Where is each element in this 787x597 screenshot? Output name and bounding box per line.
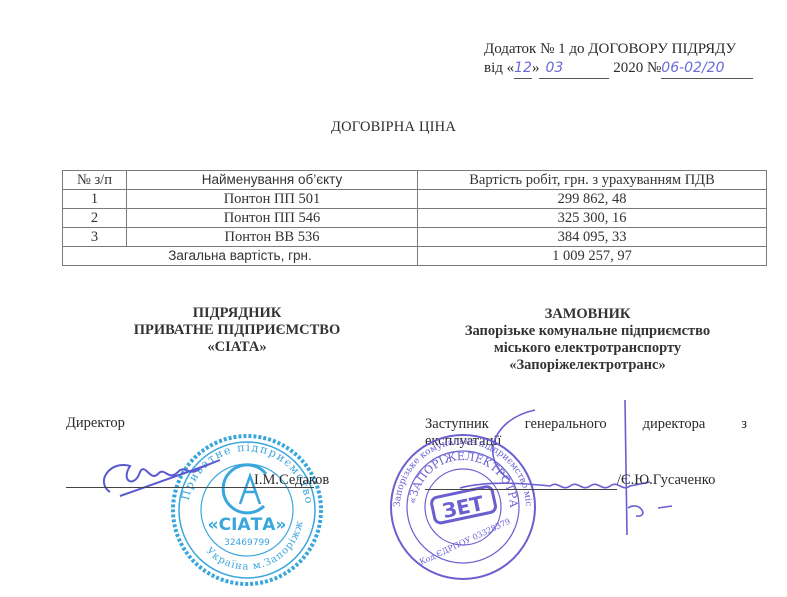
contractor-signature-icon [90,452,230,500]
date-day: 12 [514,59,532,79]
row-cost: 325 300, 16 [418,209,767,228]
table-row: 1 Понтон ПП 501 299 862, 48 [63,190,767,209]
date-prefix: від « [484,60,514,76]
row-name: Понтон ПП 501 [127,190,418,209]
row-name: Понтон ПП 546 [127,209,418,228]
date-year: 2020 № [613,60,661,76]
contractor-signatory: І.М.Седаков [254,472,329,489]
svg-text:«СІАТА»: «СІАТА» [208,515,287,535]
svg-text:Україна м.Запоріжжя: Україна м.Запоріжжя [168,432,306,573]
row-cost: 384 095, 33 [418,228,767,247]
customer-role: ЗАМОВНИК [420,306,755,323]
customer-position-line2: експлуатації [425,433,501,450]
svg-text:Код ЄДРПОУ 03328379: Код ЄДРПОУ 03328379 [418,517,512,567]
table-total-row: Загальна вартість, грн. 1 009 257, 97 [63,247,767,266]
row-no: 2 [63,209,127,228]
contractor-position: Директор [66,415,125,432]
row-name: Понтон ВВ 536 [127,228,418,247]
customer-signatory: /Є.Ю.Гусаченко [617,472,715,489]
contractor-block: ПІДРЯДНИК ПРИВАТНЕ ПІДПРИЄМСТВО «СІАТА» [92,305,382,356]
contractor-org-name: «СІАТА» [92,339,382,356]
table-header-row: № з/п Найменування об’єкту Вартість робі… [63,171,767,190]
header-name: Найменування об’єкту [127,171,418,190]
contractor-role: ПІДРЯДНИК [92,305,382,322]
row-no: 3 [63,228,127,247]
contractor-stamp-icon: Приватне підприємство Україна м.Запоріжж… [168,432,326,588]
customer-stamp-icon: Запорізьке комунальне підприємство міськ… [388,432,538,582]
table-row: 2 Понтон ПП 546 325 300, 16 [63,209,767,228]
contract-number: 06-02/20 [661,59,753,79]
document-title: ДОГОВІРНА ЦІНА [0,119,787,136]
price-table: № з/п Найменування об’єкту Вартість робі… [62,170,767,266]
customer-position-line1: Заступник генерального директора з [425,415,747,433]
appendix-title: Додаток № 1 до ДОГОВОРУ ПІДРЯДУ [484,40,753,59]
svg-text:32469799: 32469799 [224,538,270,548]
header-cost: Вартість робіт, грн. з урахуванням ПДВ [418,171,767,190]
contractor-org-type: ПРИВАТНЕ ПІДПРИЄМСТВО [92,322,382,339]
customer-signature-line [425,489,617,490]
table-row: 3 Понтон ВВ 536 384 095, 33 [63,228,767,247]
svg-text:ЗЕТ: ЗЕТ [440,491,486,523]
date-month: 03 [539,59,609,79]
total-label: Загальна вартість, грн. [63,247,418,266]
customer-org-name: «Запоріжелектротранс» [420,357,755,374]
customer-org-line1: Запорізьке комунальне підприємство [420,323,755,340]
appendix-date-line: від «12»03 2020 №06-02/20 [484,59,753,79]
total-value: 1 009 257, 97 [418,247,767,266]
appendix-header: Додаток № 1 до ДОГОВОРУ ПІДРЯДУ від «12»… [484,40,753,79]
row-no: 1 [63,190,127,209]
row-cost: 299 862, 48 [418,190,767,209]
header-no: № з/п [63,171,127,190]
customer-block: ЗАМОВНИК Запорізьке комунальне підприємс… [420,306,755,374]
customer-org-line2: міського електротранспорту [420,340,755,357]
date-quote: » [532,60,540,76]
